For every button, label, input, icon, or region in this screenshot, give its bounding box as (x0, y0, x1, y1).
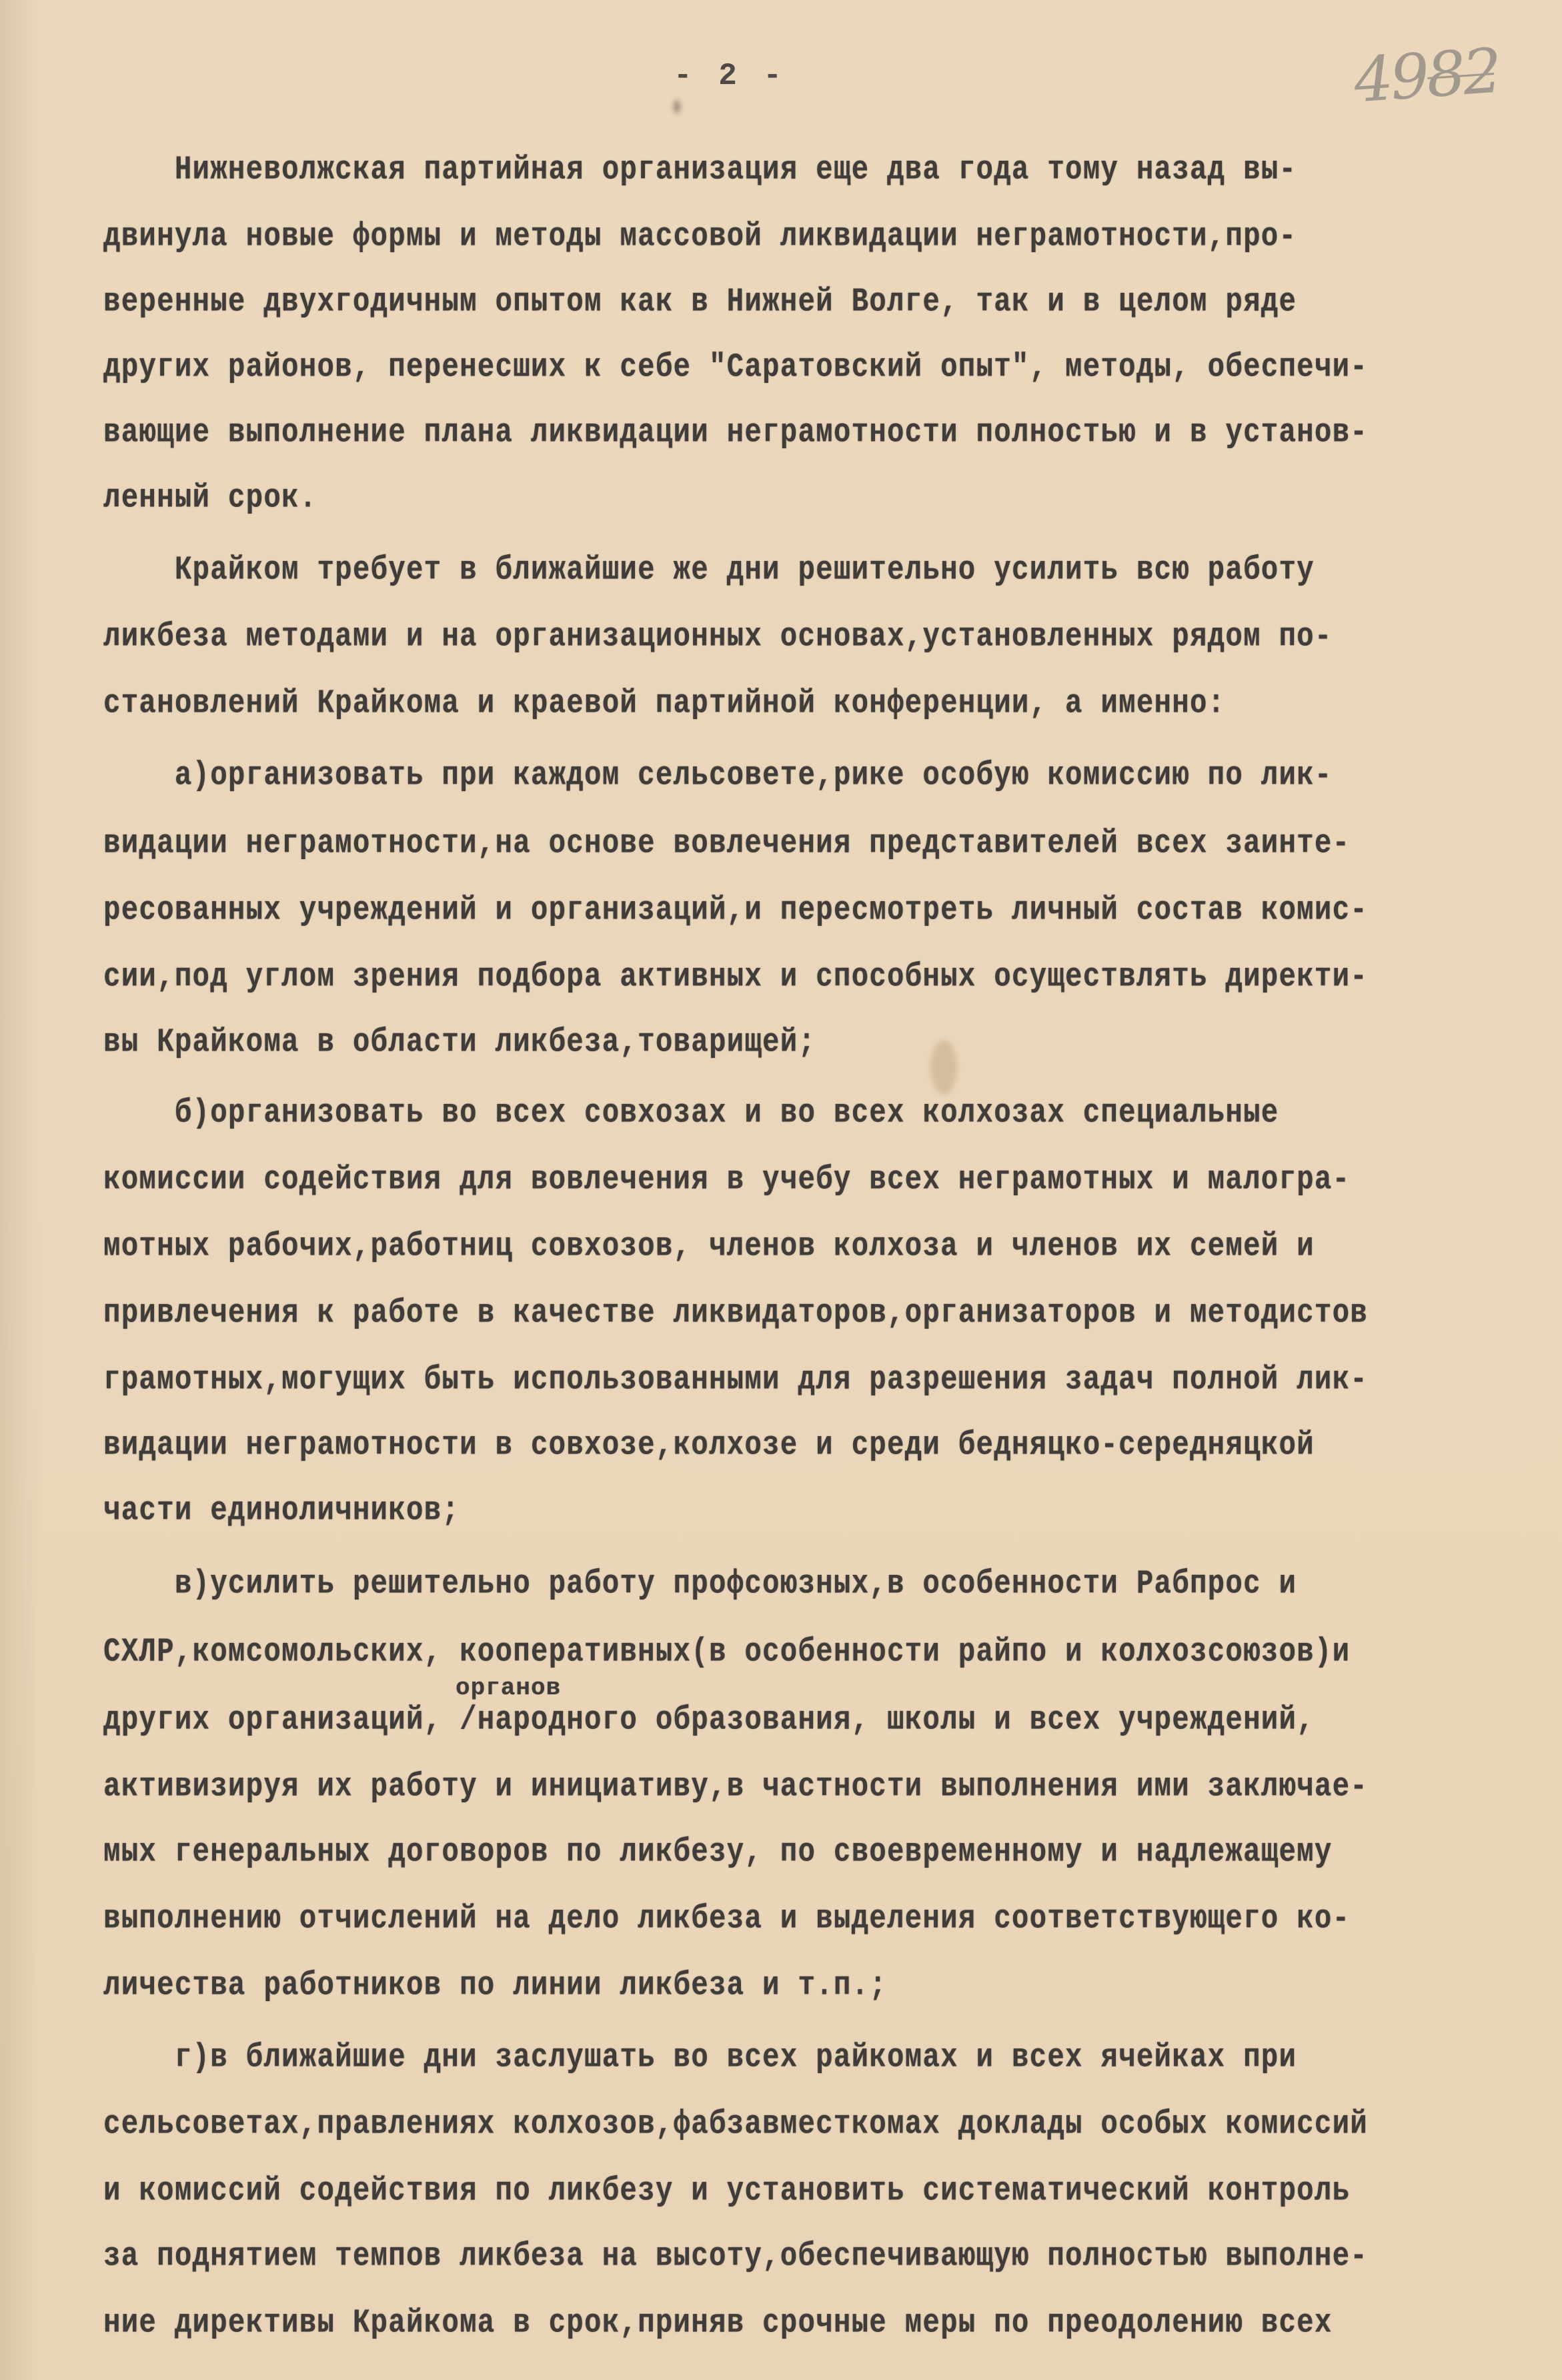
text-line: ликбеза методами и на организационных ос… (103, 618, 1333, 656)
text-line: активизируя их работу и инициативу,в час… (103, 1768, 1368, 1806)
text-line: ние директивы Крайкома в срок,приняв сро… (103, 2304, 1333, 2342)
text-line: мых генеральных договоров по ликбезу, по… (103, 1833, 1333, 1871)
text-line: вы Крайкома в области ликбеза,товарищей; (103, 1023, 816, 1061)
text-line: в)усилить решительно работу профсоюзных,… (103, 1565, 1297, 1603)
text-line: выполнению отчислений на дело ликбеза и … (103, 1900, 1350, 1938)
text-line: Нижневолжская партийная организация еще … (103, 151, 1297, 189)
text-line: других организаций, /народного образован… (103, 1701, 1315, 1739)
handwritten-archive-number: 4982 (1352, 35, 1502, 117)
text-line: СХЛР,комсомольских, кооперативных(в особ… (103, 1633, 1350, 1671)
text-line: привлечения к работе в качестве ликвидат… (103, 1294, 1368, 1332)
document-page: - 2 - 4982 Нижневолжская партийная орган… (0, 0, 1562, 2380)
paper-stain (674, 100, 680, 113)
text-line: двинула новые формы и методы массовой ли… (103, 217, 1297, 255)
text-line: б)организовать во всех совхозах и во все… (103, 1094, 1279, 1132)
text-line: грамотных,могущих быть использованными д… (103, 1361, 1368, 1399)
text-line: веренные двухгодичным опытом как в Нижне… (103, 283, 1297, 321)
text-line: ресованных учреждений и организаций,и пе… (103, 891, 1368, 929)
text-line: г)в ближайшие дни заслушать во всех райк… (103, 2038, 1297, 2076)
text-line: становлений Крайкома и краевой партийной… (103, 684, 1225, 722)
text-line: за поднятием темпов ликбеза на высоту,об… (103, 2237, 1368, 2275)
text-line: сии,под углом зрения подбора активных и … (103, 958, 1368, 996)
text-line: других районов, перенесших к себе "Сарат… (103, 348, 1368, 386)
handwritten-insert-organov: органов (456, 1674, 561, 1702)
text-line: видации неграмотности,на основе вовлечен… (103, 824, 1350, 862)
text-line: а)организовать при каждом сельсовете,рик… (103, 756, 1333, 794)
text-line: ленный срок. (103, 479, 317, 517)
text-line: Крайком требует в ближайшие же дни решит… (103, 551, 1315, 589)
text-line: мотных рабочих,работниц совхозов, членов… (103, 1227, 1315, 1265)
text-line: комиссии содействия для вовлечения в уче… (103, 1161, 1350, 1199)
text-line: сельсоветах,правлениях колхозов,фабзавме… (103, 2105, 1368, 2143)
text-line: части единоличников; (103, 1492, 460, 1530)
text-line: вающие выполнение плана ликвидации негра… (103, 414, 1368, 452)
text-line: и комиссий содействия по ликбезу и устан… (103, 2172, 1350, 2210)
text-line: личества работников по линии ликбеза и т… (103, 1966, 887, 2004)
paper-stain (930, 1041, 957, 1094)
page-number: - 2 - (674, 59, 786, 93)
text-line: видации неграмотности в совхозе,колхозе … (103, 1426, 1315, 1464)
